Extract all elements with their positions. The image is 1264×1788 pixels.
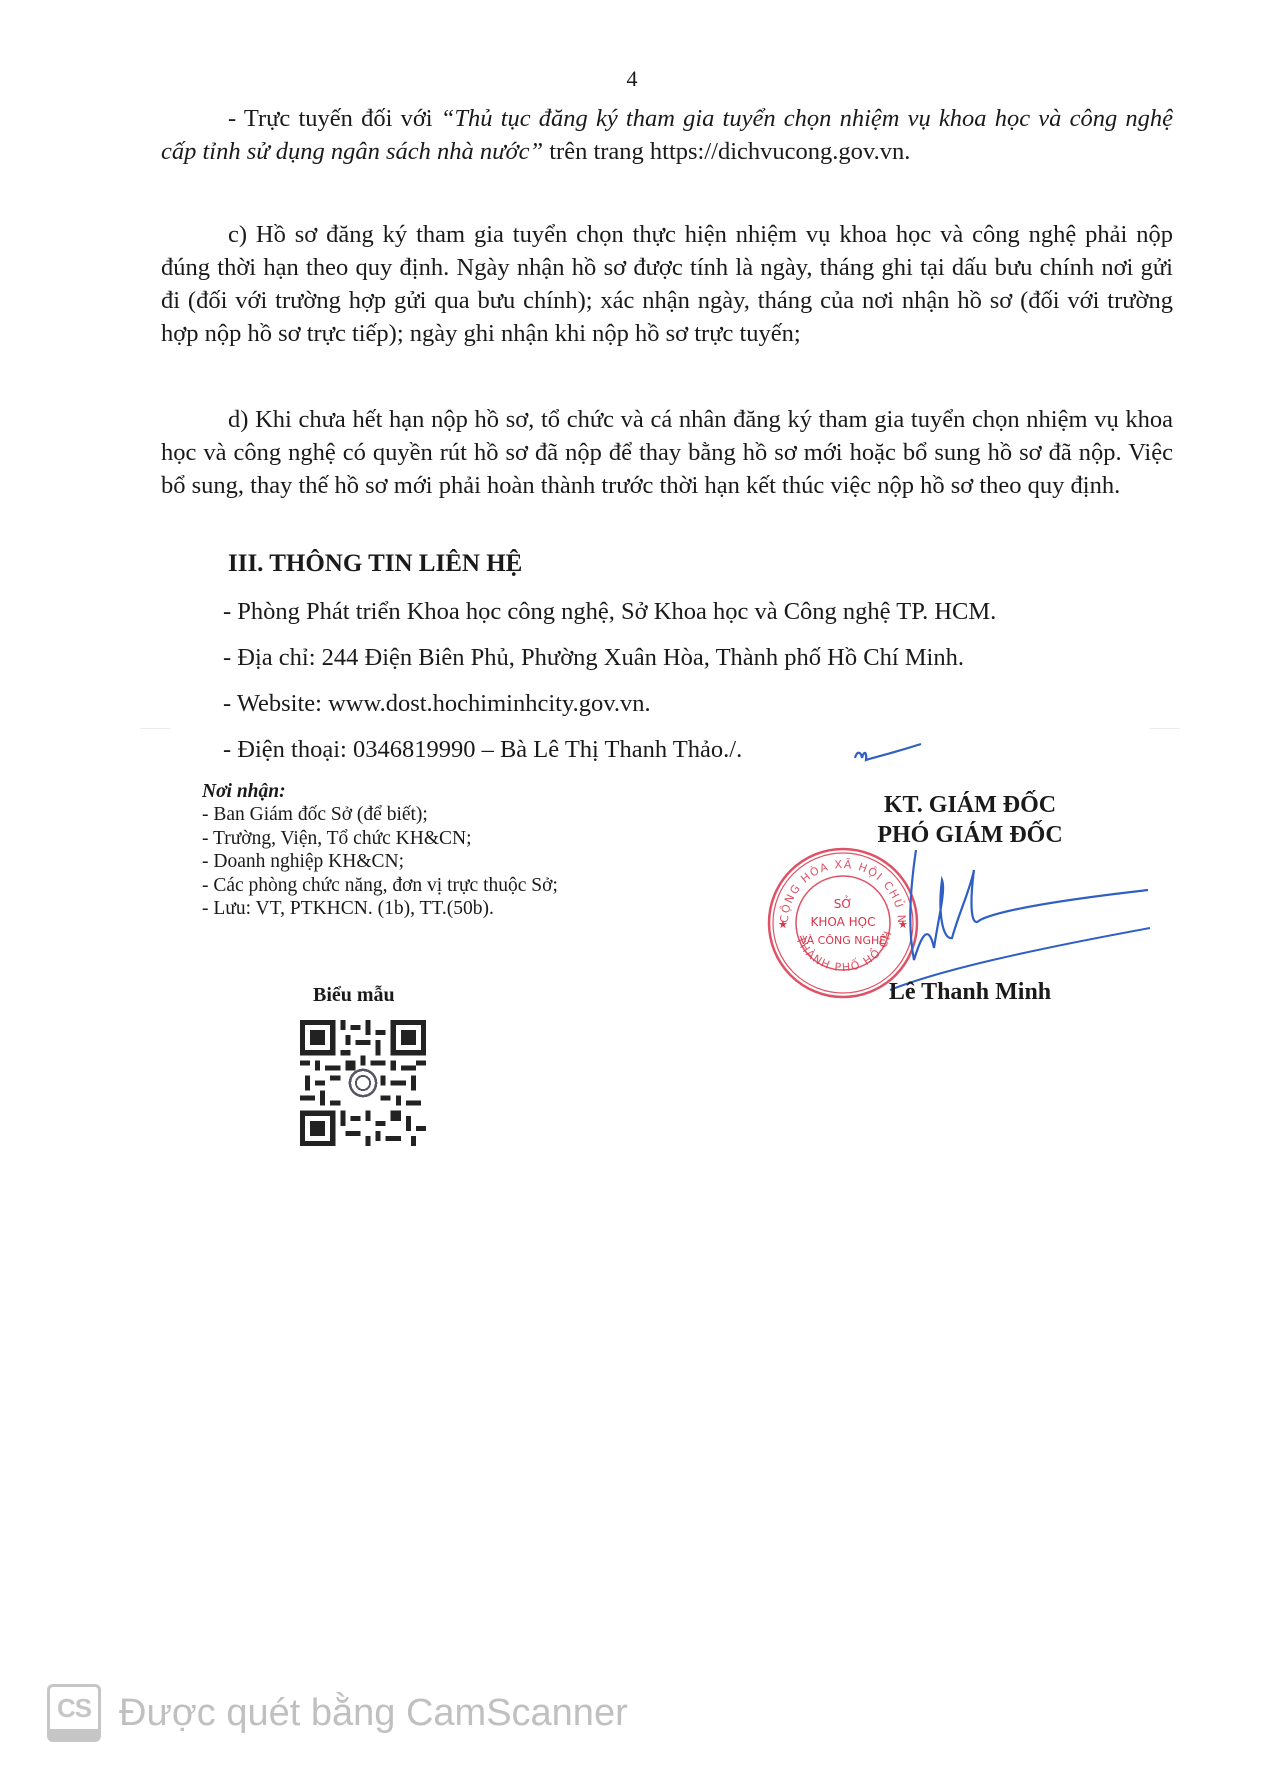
- recipient-item: - Các phòng chức năng, đơn vị trực thuộc…: [202, 874, 558, 897]
- svg-text:SỞ: SỞ: [834, 895, 853, 911]
- handwritten-signature-icon: [880, 830, 1160, 1000]
- signer-title-line1: KT. GIÁM ĐỐC: [820, 790, 1120, 820]
- paragraph-online-suffix: trên trang https://dichvucong.gov.vn.: [543, 138, 910, 165]
- recipients-block: Nơi nhận: - Ban Giám đốc Sở (để biết); -…: [202, 780, 558, 920]
- camscanner-logo-icon: CS: [47, 1684, 101, 1742]
- recipient-item: - Lưu: VT, PTKHCN. (1b), TT.(50b).: [202, 897, 558, 920]
- paragraph-c: c) Hồ sơ đăng ký tham gia tuyển chọn thự…: [161, 218, 1173, 350]
- signer-name: Lê Thanh Minh: [820, 977, 1120, 1007]
- paragraph-online-prefix: - Trực tuyến đối với: [228, 105, 441, 132]
- scan-artifact: [140, 728, 170, 729]
- svg-text:VÀ CÔNG NGHỆ: VÀ CÔNG NGHỆ: [800, 934, 886, 947]
- scan-artifact: [1150, 728, 1180, 729]
- section-heading-contact: III. THÔNG TIN LIÊN HỆ: [228, 550, 522, 578]
- initials-flourish-icon: [853, 740, 923, 765]
- svg-text:★: ★: [778, 919, 788, 931]
- page-number: 4: [0, 66, 1264, 92]
- qr-code-icon[interactable]: [300, 1020, 426, 1146]
- contact-website: - Website: www.dost.hochiminhcity.gov.vn…: [223, 690, 651, 718]
- svg-text:KHOA HỌC: KHOA HỌC: [811, 915, 876, 929]
- contact-phone: - Điện thoại: 0346819990 – Bà Lê Thị Tha…: [223, 736, 742, 764]
- paragraph-c-text: c) Hồ sơ đăng ký tham gia tuyển chọn thự…: [161, 218, 1173, 350]
- paragraph-d-text: d) Khi chưa hết hạn nộp hồ sơ, tổ chức v…: [161, 403, 1173, 502]
- contact-address: - Địa chỉ: 244 Điện Biên Phủ, Phường Xuâ…: [223, 644, 964, 672]
- watermark-text: Được quét bằng CamScanner: [119, 1692, 628, 1735]
- recipients-title: Nơi nhận:: [202, 780, 558, 803]
- recipient-item: - Ban Giám đốc Sở (để biết);: [202, 803, 558, 826]
- recipient-item: - Trường, Viện, Tổ chức KH&CN;: [202, 827, 558, 850]
- recipient-item: - Doanh nghiệp KH&CN;: [202, 850, 558, 873]
- camscanner-watermark: CS Được quét bằng CamScanner: [47, 1684, 628, 1742]
- contact-department: - Phòng Phát triển Khoa học công nghệ, S…: [223, 598, 996, 626]
- form-label: Biểu mẫu: [313, 984, 395, 1007]
- paragraph-online-submission: - Trực tuyến đối với “Thủ tục đăng ký th…: [161, 102, 1173, 168]
- paragraph-d: d) Khi chưa hết hạn nộp hồ sơ, tổ chức v…: [161, 403, 1173, 502]
